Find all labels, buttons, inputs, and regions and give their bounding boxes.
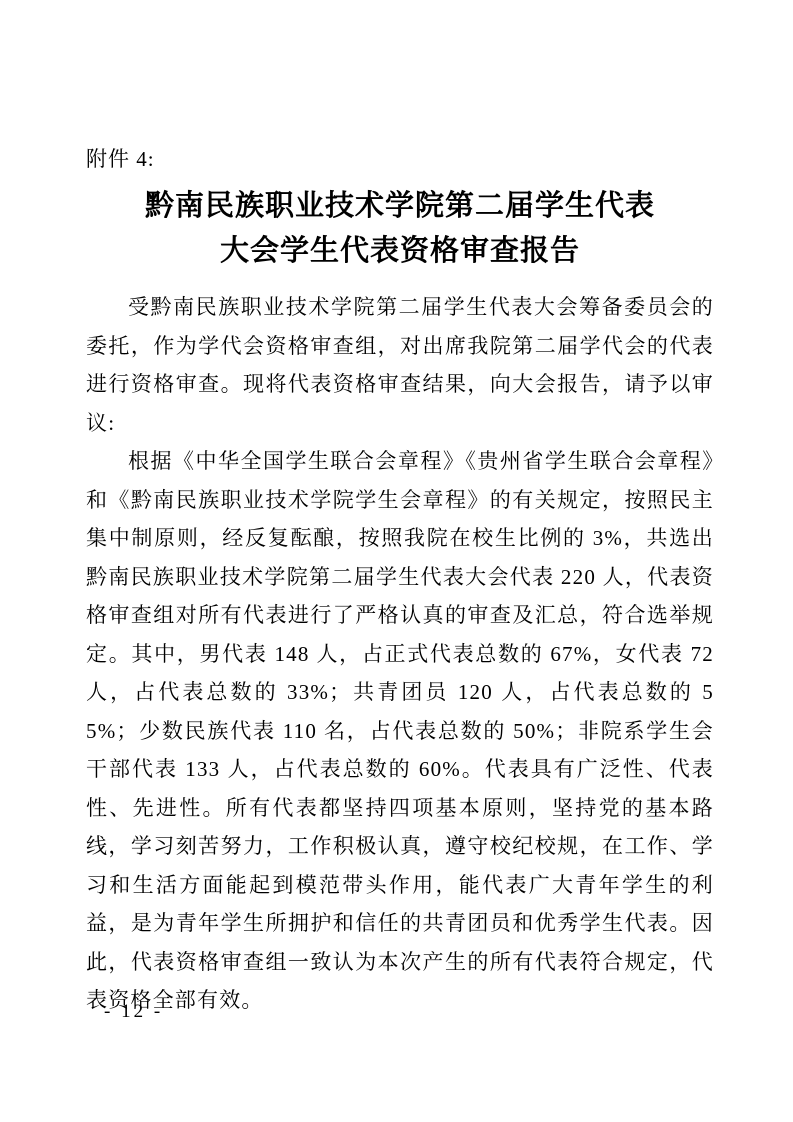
document-body: 受黔南民族职业技术学院第二届学生代表大会筹备委员会的委托，作为学代会资格审查组，… <box>86 288 714 1020</box>
paragraph-review-result: 根据《中华全国学生联合会章程》《贵州省学生联合会章程》和《黔南民族职业技术学院学… <box>86 442 714 1020</box>
title-line-2: 大会学生代表资格审查报告 <box>86 229 714 274</box>
document-content: 附件 4: 黔南民族职业技术学院第二届学生代表 大会学生代表资格审查报告 受黔南… <box>86 146 714 1020</box>
document-page: 附件 4: 黔南民族职业技术学院第二届学生代表 大会学生代表资格审查报告 受黔南… <box>0 0 793 1122</box>
title-line-1: 黔南民族职业技术学院第二届学生代表 <box>86 184 714 229</box>
paragraph-intro: 受黔南民族职业技术学院第二届学生代表大会筹备委员会的委托，作为学代会资格审查组，… <box>86 288 714 442</box>
attachment-label: 附件 4: <box>86 146 714 172</box>
document-title: 黔南民族职业技术学院第二届学生代表 大会学生代表资格审查报告 <box>86 184 714 274</box>
page-number: - 12 - <box>104 1000 163 1024</box>
